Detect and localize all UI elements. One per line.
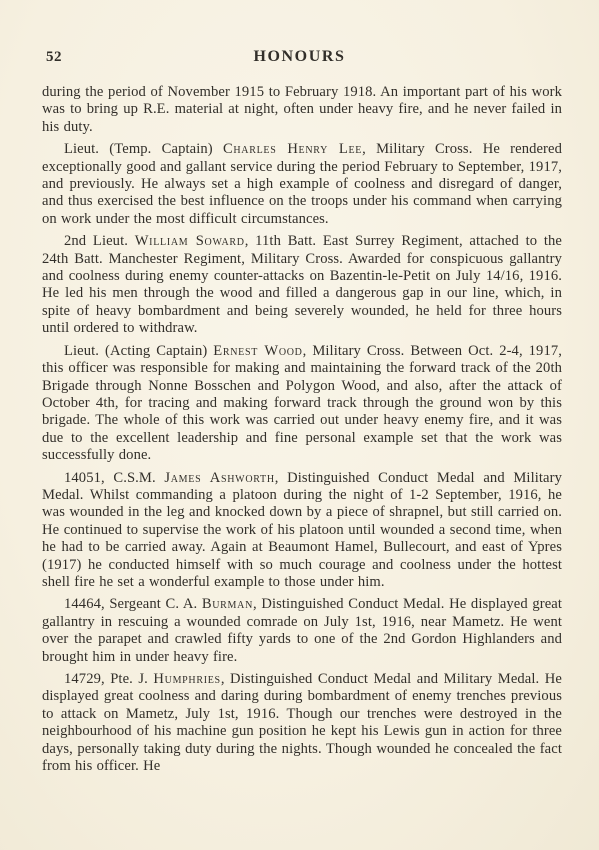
text-run: 14729, Pte. J.: [64, 671, 153, 687]
paragraph: Lieut. (Acting Captain) Ernest Wood, Mil…: [42, 343, 562, 465]
text-run: Lieut. (Acting Captain): [64, 343, 213, 359]
page-body: during the period of November 1915 to Fe…: [42, 84, 562, 780]
paragraph: 14464, Sergeant C. A. Burman, Distinguis…: [42, 596, 562, 666]
text-run: , Military Cross. Between Oct. 2-4, 1917…: [42, 343, 562, 463]
text-run: , Distinguished Conduct Medal and Milita…: [42, 470, 562, 590]
book-page: 52 HONOURS during the period of November…: [0, 0, 599, 850]
page-title: HONOURS: [0, 48, 599, 66]
text-run: 14051, C.S.M.: [64, 470, 164, 486]
paragraph: Lieut. (Temp. Captain) Charles Henry Lee…: [42, 141, 562, 228]
text-run: during the period of November 1915 to Fe…: [42, 84, 562, 135]
person-name: Ernest Wood: [213, 343, 302, 359]
person-name: William Soward: [135, 233, 245, 249]
paragraph: 14051, C.S.M. James Ashworth, Distinguis…: [42, 470, 562, 592]
person-name: James Ashworth: [164, 470, 274, 486]
person-name: Burman: [202, 596, 253, 612]
paragraph: during the period of November 1915 to Fe…: [42, 84, 562, 136]
text-run: 14464, Sergeant C. A.: [64, 596, 202, 612]
paragraph: 2nd Lieut. William Soward, 11th Batt. Ea…: [42, 233, 562, 337]
page-header: 52 HONOURS: [0, 48, 599, 68]
person-name: Charles Henry Lee: [223, 141, 362, 157]
page-number: 52: [46, 49, 62, 66]
person-name: Humphries: [153, 671, 220, 687]
text-run: Lieut. (Temp. Captain): [64, 141, 223, 157]
text-run: 2nd Lieut.: [64, 233, 135, 249]
paragraph: 14729, Pte. J. Humphries, Distinguished …: [42, 671, 562, 775]
